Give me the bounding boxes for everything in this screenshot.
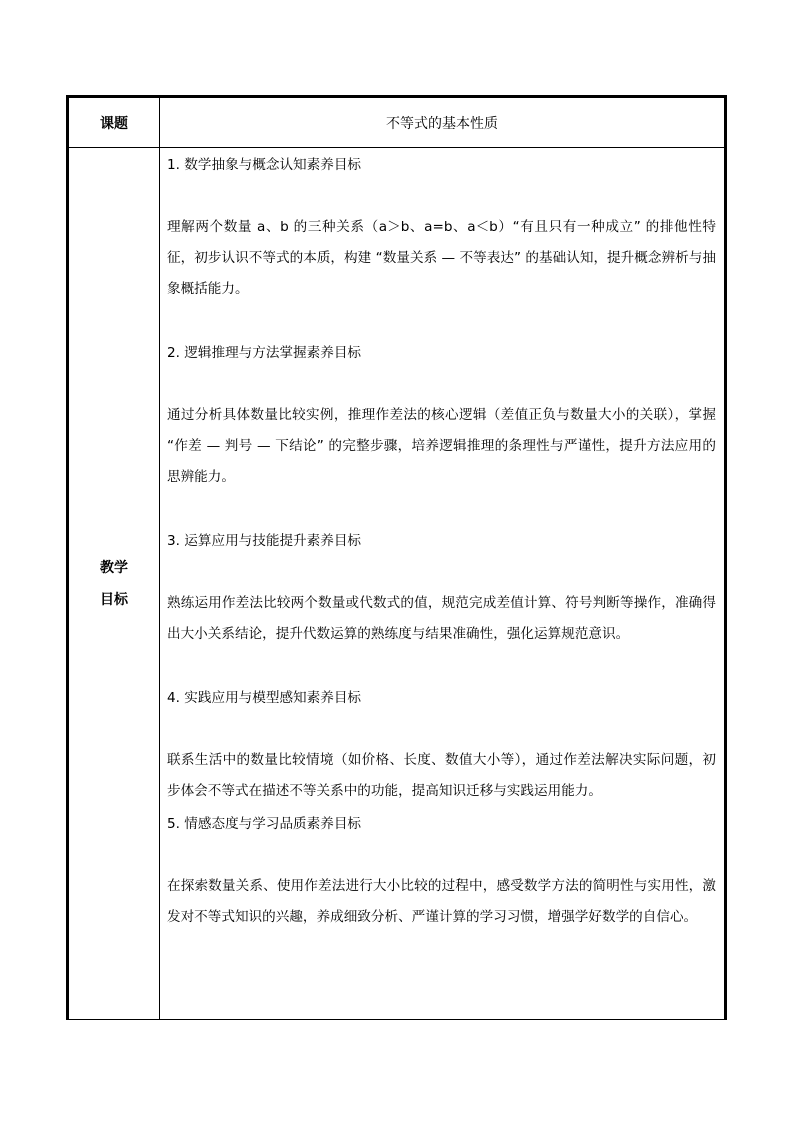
spacer xyxy=(167,181,716,212)
section-paragraph: 熟练运用作差法比较两个数量或代数式的值，规范完成差值计算、符号判断等操作，准确得… xyxy=(167,588,716,650)
objective-section-4: 4. 实践应用与模型感知素养目标 联系生活中的数量比较情境（如价格、长度、数值大… xyxy=(167,681,716,807)
column-divider xyxy=(159,148,160,1019)
section-heading: 1. 数学抽象与概念认知素养目标 xyxy=(167,148,716,181)
objective-section-1: 1. 数学抽象与概念认知素养目标 理解两个数量 a、b 的三种关系（a＞b、a=… xyxy=(167,148,716,336)
section-paragraph: 在探索数量关系、使用作差法进行大小比较的过程中，感受数学方法的简明性与实用性，激… xyxy=(167,871,716,933)
section-paragraph: 通过分析具体数量比较实例，推理作差法的核心逻辑（差值正负与数量大小的关联），掌握… xyxy=(167,400,716,493)
objective-section-3: 3. 运算应用与技能提升素养目标 熟练运用作差法比较两个数量或代数式的值，规范完… xyxy=(167,524,716,681)
section-heading: 4. 实践应用与模型感知素养目标 xyxy=(167,681,716,714)
objectives-label-line: 目标 xyxy=(100,584,128,616)
objective-section-2: 2. 逻辑推理与方法掌握素养目标 通过分析具体数量比较实例，推理作差法的核心逻辑… xyxy=(167,336,716,524)
spacer xyxy=(167,650,716,681)
lesson-plan-table: 课题 不等式的基本性质 教学 目标 1. 数学抽象与概念认知素养目标 理解两个数… xyxy=(66,95,727,1020)
objectives-label: 教学 目标 xyxy=(69,148,159,1019)
spacer xyxy=(167,305,716,336)
section-heading: 5. 情感态度与学习品质素养目标 xyxy=(167,807,716,840)
spacer xyxy=(167,840,716,871)
section-paragraph: 理解两个数量 a、b 的三种关系（a＞b、a=b、a＜b）“有且只有一种成立” … xyxy=(167,212,716,305)
topic-label: 课题 xyxy=(69,98,159,147)
header-row: 课题 不等式的基本性质 xyxy=(69,98,724,148)
section-heading: 3. 运算应用与技能提升素养目标 xyxy=(167,524,716,557)
spacer xyxy=(167,493,716,524)
section-heading: 2. 逻辑推理与方法掌握素养目标 xyxy=(167,336,716,369)
section-paragraph: 联系生活中的数量比较情境（如价格、长度、数值大小等），通过作差法解决实际问题，初… xyxy=(167,745,716,807)
spacer xyxy=(167,369,716,400)
spacer xyxy=(167,557,716,588)
objectives-label-line: 教学 xyxy=(100,552,128,584)
spacer xyxy=(167,714,716,745)
objectives-content: 1. 数学抽象与概念认知素养目标 理解两个数量 a、b 的三种关系（a＞b、a=… xyxy=(167,148,716,1019)
lesson-title: 不等式的基本性质 xyxy=(160,98,724,147)
objective-section-5: 5. 情感态度与学习品质素养目标 在探索数量关系、使用作差法进行大小比较的过程中… xyxy=(167,807,716,933)
objectives-row: 教学 目标 1. 数学抽象与概念认知素养目标 理解两个数量 a、b 的三种关系（… xyxy=(69,148,724,1019)
